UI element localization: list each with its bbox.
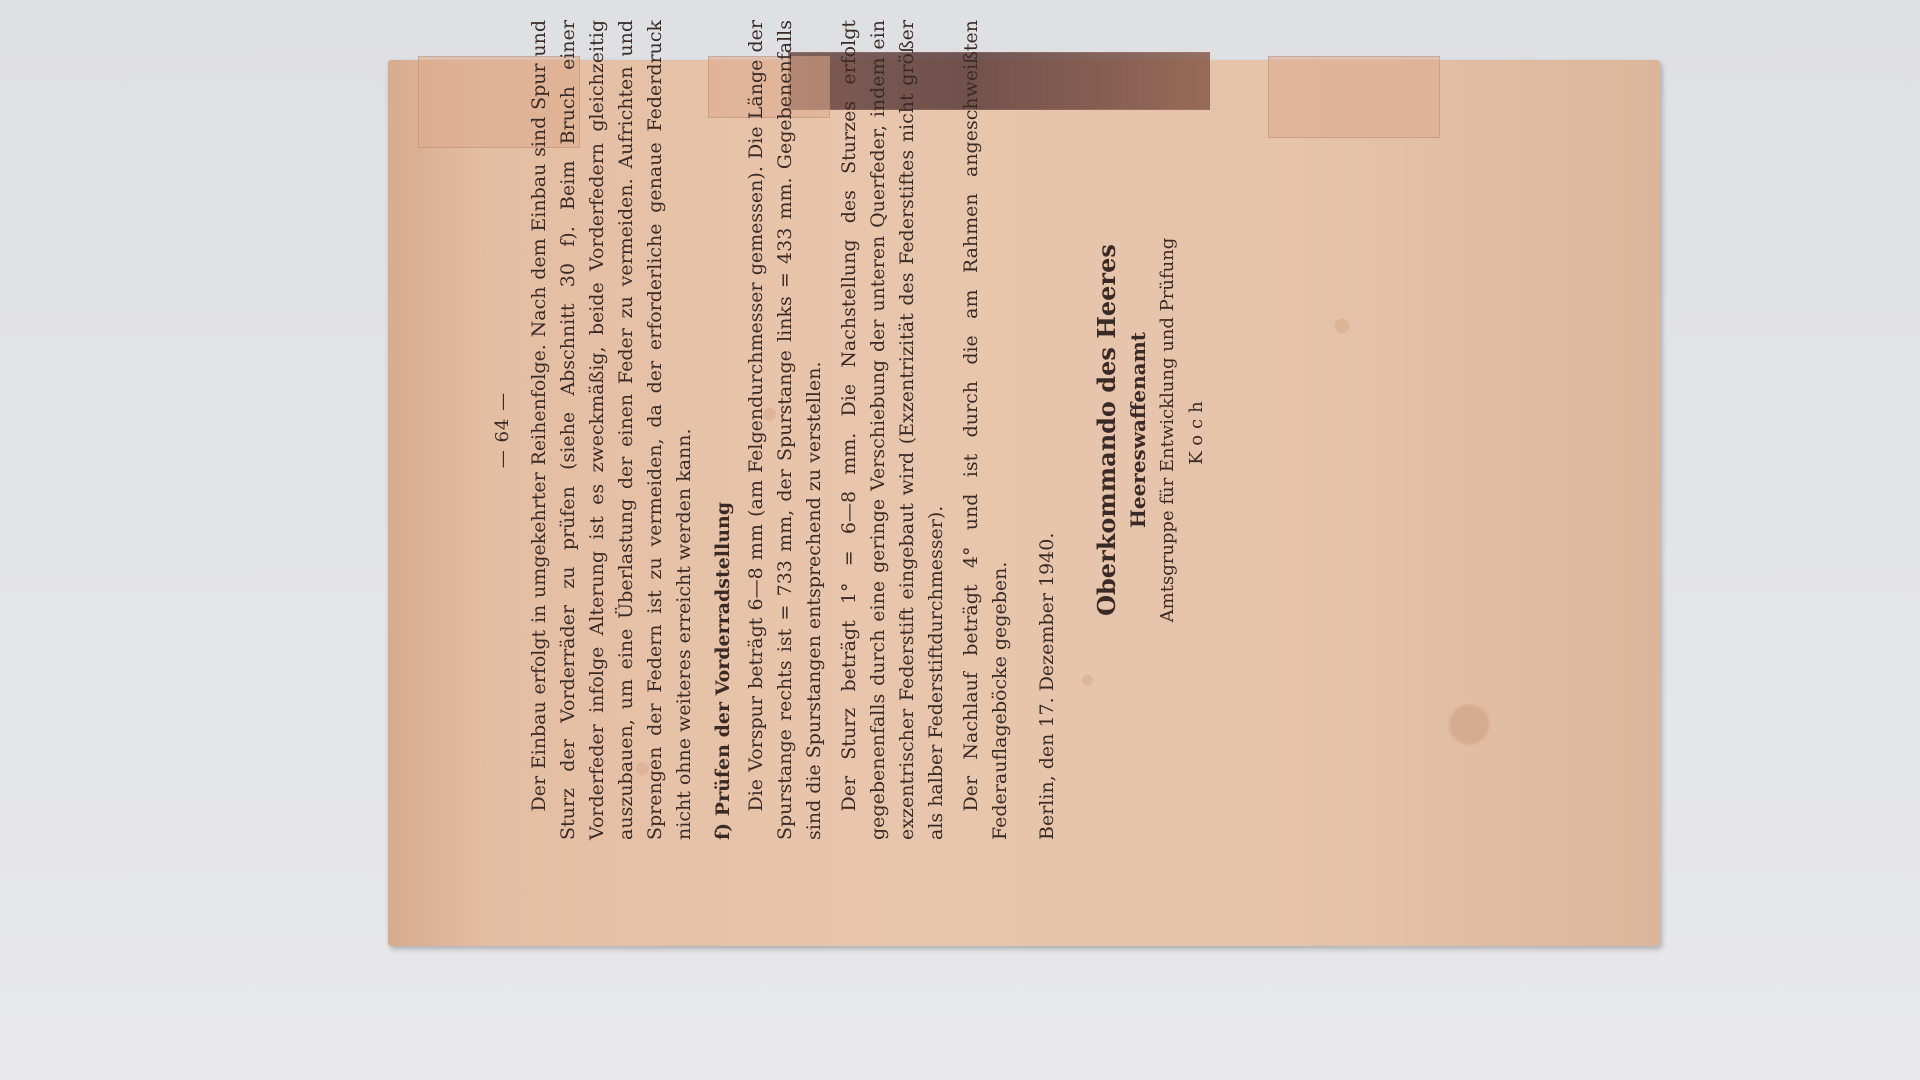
signature-name: Koch [1182,20,1211,840]
intro-paragraph: Der Einbau erfolgt in umgekehrter Reihen… [525,20,699,840]
sturz-paragraph: Der Sturz beträgt 1° = 6—8 mm. Die Nachs… [835,20,951,840]
nachlauf-paragraph: Der Nachlauf beträgt 4° und ist durch di… [957,20,1015,840]
signature-organization: Oberkommando des Heeres [1090,20,1124,840]
date-line: Berlin, den 17. Dezember 1940. [1033,20,1062,840]
signature-department: Amtsgruppe für Entwicklung und Prüfung [1153,20,1182,840]
signature-block: Oberkommando des Heeres Heereswaffenamt … [1090,20,1211,840]
rotated-text-block: — 64 — Der Einbau erfolgt in umgekehrter… [488,20,1718,840]
page-number: — 64 — [488,20,517,840]
vorspur-paragraph: Die Vorspur beträgt 6—8 mm (am Felgendur… [742,20,829,840]
document-page: — 64 — Der Einbau erfolgt in umgekehrter… [388,60,1660,946]
signature-office: Heereswaffenamt [1124,20,1153,840]
section-heading: f) Prüfen der Vorderradstellung [709,20,738,840]
